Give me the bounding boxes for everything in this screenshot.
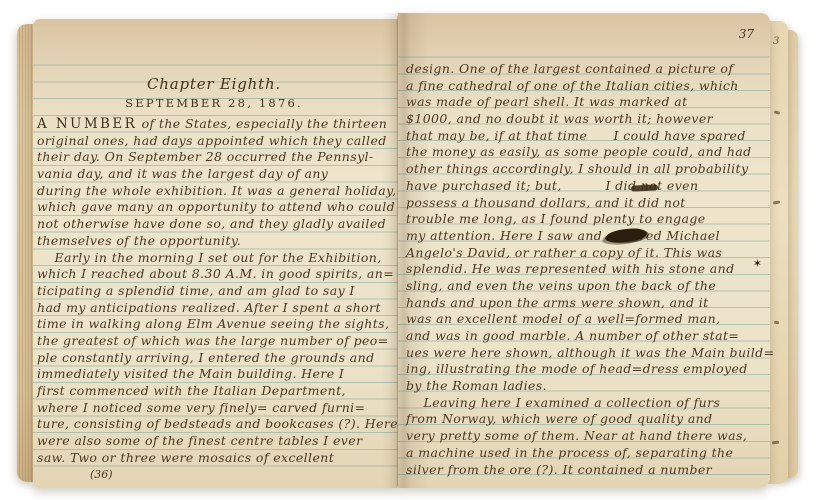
- edge-page-number-fragment: 3: [773, 36, 779, 47]
- manuscript-line: a machine used in the process of, separa…: [406, 445, 764, 462]
- edge-ink-mark: [772, 441, 779, 445]
- manuscript-line: Angelo's David, or rather a copy of it. …: [406, 245, 764, 262]
- chapter-heading: Chapter Eighth.: [37, 75, 391, 96]
- right-page: 37 design. One of the largest contained …: [398, 13, 770, 488]
- manuscript-line: had my anticipations realized. After I s…: [37, 300, 391, 317]
- open-journal: 3 Chapter Eighth. September 28, 1876. A …: [0, 0, 816, 500]
- edge-ink-mark: [773, 200, 780, 204]
- edge-ink-mark: [774, 321, 779, 325]
- manuscript-line: their day. On September 28 occurred the …: [37, 149, 391, 166]
- left-page-text: Chapter Eighth. September 28, 1876. A NU…: [37, 75, 391, 466]
- manuscript-line: very pretty some of them. Near at hand t…: [406, 428, 764, 445]
- date-heading: September 28, 1876.: [37, 96, 391, 116]
- left-page-body: original ones, had days appointed which …: [37, 133, 391, 467]
- manuscript-line: were also some of the finest centre tabl…: [37, 433, 391, 450]
- page-number-left: (36): [90, 468, 113, 481]
- manuscript-line: was an excellent model of a well=formed …: [406, 311, 764, 328]
- manuscript-line: my attention. Here I saw and admired Mic…: [406, 228, 764, 245]
- manuscript-line: which gave many an opportunity to attend…: [37, 199, 391, 216]
- manuscript-line: themselves of the opportunity.: [37, 233, 391, 250]
- manuscript-line: ticipating a splendid time, and am glad …: [37, 283, 391, 300]
- right-page-body: design. One of the largest contained a p…: [406, 61, 764, 478]
- manuscript-line: hands and upon the arms were shown, and …: [406, 295, 764, 312]
- manuscript-line: by the Roman ladies.: [406, 378, 764, 395]
- manuscript-line: the greatest of which was the large numb…: [37, 333, 391, 350]
- manuscript-line: immediately visited the Main building. H…: [37, 366, 391, 383]
- opening-capitals: A NUMBER: [37, 116, 137, 132]
- manuscript-line: during the whole exhibition. It was a ge…: [37, 183, 391, 200]
- manuscript-line: vania day, and it was the largest day of…: [37, 166, 391, 183]
- opening-rest: of the States, especially the thirteen: [137, 116, 387, 131]
- page-number-right: 37: [739, 27, 754, 41]
- manuscript-line: Leaving here I examined a collection of …: [406, 395, 764, 412]
- manuscript-line: A NUMBER of the States, especially the t…: [37, 116, 391, 133]
- manuscript-line: design. One of the largest contained a p…: [406, 61, 764, 78]
- manuscript-line: ture, consisting of bedsteads and bookca…: [37, 416, 391, 433]
- manuscript-line: where I noticed some very finely= carved…: [37, 400, 391, 417]
- manuscript-line: time in walking along Elm Avenue seeing …: [37, 316, 391, 333]
- manuscript-line: was made of pearl shell. It was marked a…: [406, 94, 764, 111]
- manuscript-line: ple constantly arriving, I entered the g…: [37, 350, 391, 367]
- manuscript-line: sling, and even the veins upon the back …: [406, 278, 764, 295]
- manuscript-line: other things accordingly, I should in al…: [406, 161, 764, 178]
- manuscript-line: a fine cathedral of one of the Italian c…: [406, 78, 764, 95]
- manuscript-line: ues were here shown, although it was the…: [406, 345, 764, 362]
- edge-ink-mark: [774, 110, 781, 114]
- manuscript-line: Early in the morning I set out for the E…: [37, 250, 391, 267]
- manuscript-line: splendid. He was represented with his st…: [406, 261, 764, 278]
- manuscript-line: trouble me long, as I found plenty to en…: [406, 211, 764, 228]
- manuscript-line: possess a thousand dollars, and it did n…: [406, 195, 764, 212]
- right-page-text: design. One of the largest contained a p…: [406, 61, 764, 478]
- manuscript-line: original ones, had days appointed which …: [37, 133, 391, 150]
- manuscript-line: first commenced with the Italian Departm…: [37, 383, 391, 400]
- manuscript-line: ing, illustrating the mode of head=dress…: [406, 361, 764, 378]
- manuscript-line: which I reached about 8.30 A.M. in good …: [37, 266, 391, 283]
- left-page: Chapter Eighth. September 28, 1876. A NU…: [33, 19, 398, 488]
- manuscript-line: have purchased it; but, I did not even: [406, 178, 764, 195]
- manuscript-line: $1000, and no doubt it was worth it; how…: [406, 111, 764, 128]
- manuscript-line: not otherwise have done so, and they gla…: [37, 216, 391, 233]
- manuscript-line: and was in good marble. A number of othe…: [406, 328, 764, 345]
- ink-mark-icon: ✶: [753, 257, 762, 270]
- manuscript-line: that may be, if at that time I could hav…: [406, 128, 764, 145]
- manuscript-line: saw. Two or three were mosaics of excell…: [37, 450, 391, 467]
- manuscript-line: from Norway, which were of good quality …: [406, 411, 764, 428]
- manuscript-line: silver from the ore (?). It contained a …: [406, 462, 764, 479]
- manuscript-line: the money as easily, as some people coul…: [406, 144, 764, 161]
- underlying-page-edge-1: 3: [768, 21, 788, 484]
